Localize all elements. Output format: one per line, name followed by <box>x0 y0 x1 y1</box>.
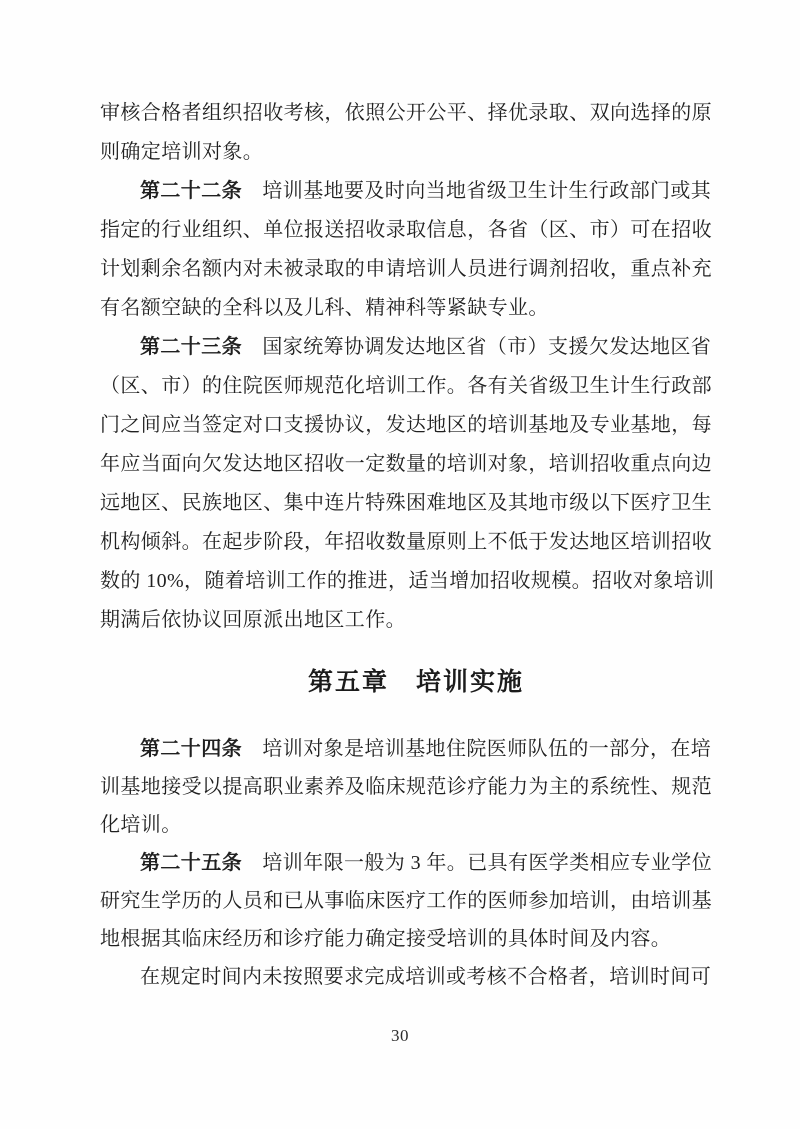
text-line: 指定的行业组织、单位报送招收录取信息，各省（区、市）可在招收 <box>100 211 732 250</box>
text-line: 第二十五条 培训年限一般为 3 年。已具有医学类相应专业学位 <box>100 844 732 882</box>
text-run: 计划剩余名额内对未被录取的申请培训人员进行调剂招收，重点补充 <box>100 258 712 280</box>
article-number: 第二十五条 <box>140 852 242 874</box>
article-number: 第二十二条 <box>140 180 242 202</box>
text-line: 训基地接受以提高职业素养及临床规范诊疗能力为主的系统性、规范 <box>100 768 732 806</box>
text-line: 在规定时间内未按照要求完成培训或考核不合格者，培训时间可 <box>100 958 732 996</box>
article-number: 第二十三条 <box>140 336 242 358</box>
text-run: 训基地接受以提高职业素养及临床规范诊疗能力为主的系统性、规范 <box>100 776 712 798</box>
text-line: 有名额空缺的全科以及儿科、精神科等紧缺专业。 <box>100 289 732 328</box>
text-line: 计划剩余名额内对未被录取的申请培训人员进行调剂招收，重点补充 <box>100 250 732 289</box>
chapter-heading-text: 第五章 培训实施 <box>308 668 524 696</box>
text-run: 期满后依协议回原派出地区工作。 <box>100 609 406 631</box>
text-run: 审核合格者组织招收考核，依照公开公平、择优录取、双向选择的原 <box>100 102 712 124</box>
text-line: 远地区、民族地区、集中连片特殊困难地区及其地市级以下医疗卫生 <box>100 484 732 523</box>
text-line: 研究生学历的人员和已从事临床医疗工作的医师参加培训，由培训基 <box>100 882 732 920</box>
text-run: 年应当面向欠发达地区招收一定数量的培训对象，培训招收重点向边 <box>100 453 712 475</box>
text-line: 年应当面向欠发达地区招收一定数量的培训对象，培训招收重点向边 <box>100 445 732 484</box>
text-run: 机构倾斜。在起步阶段，年招收数量原则上不低于发达地区培训招收 <box>100 531 712 553</box>
text-line: 期满后依协议回原派出地区工作。 <box>100 601 732 640</box>
document-page: 审核合格者组织招收考核，依照公开公平、择优录取、双向选择的原则确定培训对象。第二… <box>0 0 800 1129</box>
article-number: 第二十四条 <box>140 738 242 760</box>
page-number: 30 <box>0 1026 800 1046</box>
text-line: 审核合格者组织招收考核，依照公开公平、择优录取、双向选择的原 <box>100 94 732 133</box>
text-line: 化培训。 <box>100 806 732 844</box>
text-run: 则确定培训对象。 <box>100 141 263 163</box>
text-run: 在规定时间内未按照要求完成培训或考核不合格者，培训时间可 <box>140 966 711 988</box>
text-run: 远地区、民族地区、集中连片特殊困难地区及其地市级以下医疗卫生 <box>100 492 712 514</box>
text-line: 第二十三条 国家统筹协调发达地区省（市）支援欠发达地区省 <box>100 328 732 367</box>
text-run: 研究生学历的人员和已从事临床医疗工作的医师参加培训，由培训基 <box>100 890 712 912</box>
text-run: 化培训。 <box>100 814 182 836</box>
text-run: 培训基地要及时向当地省级卫生计生行政部门或其 <box>242 180 711 202</box>
chapter-heading: 第五章 培训实施 <box>100 660 732 704</box>
text-line: 地根据其临床经历和诊疗能力确定接受培训的具体时间及内容。 <box>100 920 732 958</box>
text-run: 地根据其临床经历和诊疗能力确定接受培训的具体时间及内容。 <box>100 928 671 950</box>
text-run: 门之间应当签定对口支援协议，发达地区的培训基地及专业基地，每 <box>100 414 712 436</box>
text-run: 国家统筹协调发达地区省（市）支援欠发达地区省 <box>242 336 711 358</box>
text-run: 培训年限一般为 3 年。已具有医学类相应专业学位 <box>242 852 712 874</box>
text-line: 数的 10%，随着培训工作的推进，适当增加招收规模。招收对象培训 <box>100 562 732 601</box>
text-run: 有名额空缺的全科以及儿科、精神科等紧缺专业。 <box>100 297 549 319</box>
text-line: 则确定培训对象。 <box>100 133 732 172</box>
document-text-block: 审核合格者组织招收考核，依照公开公平、择优录取、双向选择的原则确定培训对象。第二… <box>100 94 732 996</box>
text-line: （区、市）的住院医师规范化培训工作。各有关省级卫生计生行政部 <box>100 367 732 406</box>
text-run: 数的 10%，随着培训工作的推进，适当增加招收规模。招收对象培训 <box>100 570 714 592</box>
text-line: 机构倾斜。在起步阶段，年招收数量原则上不低于发达地区培训招收 <box>100 523 732 562</box>
text-line: 第二十四条 培训对象是培训基地住院医师队伍的一部分，在培 <box>100 730 732 768</box>
text-run: 指定的行业组织、单位报送招收录取信息，各省（区、市）可在招收 <box>100 219 712 241</box>
text-line: 门之间应当签定对口支援协议，发达地区的培训基地及专业基地，每 <box>100 406 732 445</box>
text-run: 培训对象是培训基地住院医师队伍的一部分，在培 <box>242 738 711 760</box>
text-line: 第二十二条 培训基地要及时向当地省级卫生计生行政部门或其 <box>100 172 732 211</box>
text-run: （区、市）的住院医师规范化培训工作。各有关省级卫生计生行政部 <box>100 375 712 397</box>
